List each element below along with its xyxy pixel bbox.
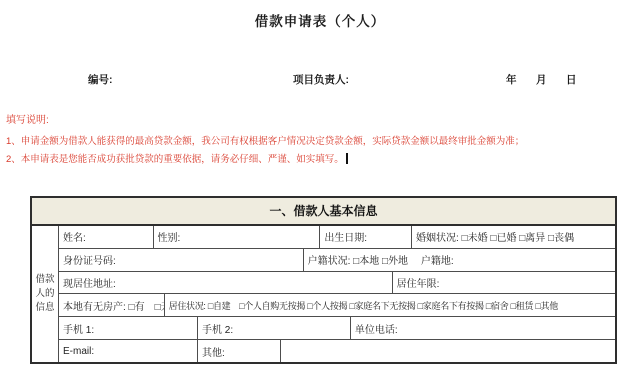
table-row: E-mail: 其他: xyxy=(59,340,615,362)
table-row: 手机 1: 手机 2: 单位电话: xyxy=(59,317,615,340)
table-row: 姓名: 性别: 出生日期: 婚姻状况: □未婚 □已婚 □离异 □丧偶 xyxy=(59,226,615,249)
work-phone-field[interactable]: 单位电话: xyxy=(351,317,615,339)
instruction-item-2: 2、本申请表是您能否成功获批贷款的重要依据，请务必仔细、严谨、如实填写。 xyxy=(6,151,348,165)
borrower-info-table: 一、借款人基本信息 借款 人的 信息 姓名: 性别: 出生日期: 婚姻状况: □… xyxy=(30,196,617,364)
table-rows: 姓名: 性别: 出生日期: 婚姻状况: □未婚 □已婚 □离异 □丧偶 身份证号… xyxy=(59,226,615,362)
date-month-label: 月 xyxy=(536,72,547,87)
name-field[interactable]: 姓名: xyxy=(59,226,154,248)
living-status-field[interactable]: 居住状况: □自建 □个人自购无按揭 □个人按揭 □家庭名下无按揭 □家庭名下有… xyxy=(165,294,615,316)
table-row: 现居住地址: 居住年限: xyxy=(59,272,615,295)
text-cursor xyxy=(346,153,348,164)
fill-instructions-heading: 填写说明: xyxy=(6,111,49,126)
meta-row: 编号: 项目负责人: 年 月 日 xyxy=(0,72,640,88)
instruction-item-2-text: 2、本申请表是您能否成功获批贷款的重要依据，请务必仔细、严谨、如实填写。 xyxy=(6,154,344,165)
household-status-field[interactable]: 户籍状况: □本地 □外地 户籍地: xyxy=(304,249,615,271)
date-day-label: 日 xyxy=(566,72,577,87)
table-row: 身份证号码: 户籍状况: □本地 □外地 户籍地: xyxy=(59,249,615,272)
date-year-label: 年 xyxy=(506,72,517,87)
current-address-field[interactable]: 现居住地址: xyxy=(59,272,393,294)
mobile2-field[interactable]: 手机 2: xyxy=(198,317,351,339)
loan-application-document: 借款申请表（个人） 编号: 项目负责人: 年 月 日 填写说明: 1、申请金额为… xyxy=(0,0,640,371)
local-property-field[interactable]: 本地有无房产: □有 □无 xyxy=(59,294,165,316)
email-field[interactable]: E-mail: xyxy=(59,340,198,362)
id-number-field[interactable]: 身份证号码: xyxy=(59,249,304,271)
instruction-item-1: 1、申请金额为借款人能获得的最高贷款金额，我公司有权根据客户情况决定贷款金额，实… xyxy=(6,133,524,147)
marital-status-field[interactable]: 婚姻状况: □未婚 □已婚 □离异 □丧偶 xyxy=(412,226,615,248)
mobile1-field[interactable]: 手机 1: xyxy=(59,317,198,339)
form-number-label: 编号: xyxy=(88,72,113,87)
page-title: 借款申请表（个人） xyxy=(0,10,640,30)
other-field[interactable]: 其他: xyxy=(198,340,281,362)
table-row: 本地有无房产: □有 □无 居住状况: □自建 □个人自购无按揭 □个人按揭 □… xyxy=(59,294,615,317)
project-manager-label: 项目负责人: xyxy=(293,72,349,87)
birth-date-field[interactable]: 出生日期: xyxy=(320,226,412,248)
borrower-side-label: 借款 人的 信息 xyxy=(32,226,59,362)
section-title: 一、借款人基本信息 xyxy=(32,198,615,226)
table-body: 借款 人的 信息 姓名: 性别: 出生日期: 婚姻状况: □未婚 □已婚 □离异… xyxy=(32,226,615,362)
gender-field[interactable]: 性别: xyxy=(154,226,321,248)
empty-field[interactable] xyxy=(281,340,615,362)
residence-years-field[interactable]: 居住年限: xyxy=(393,272,615,294)
